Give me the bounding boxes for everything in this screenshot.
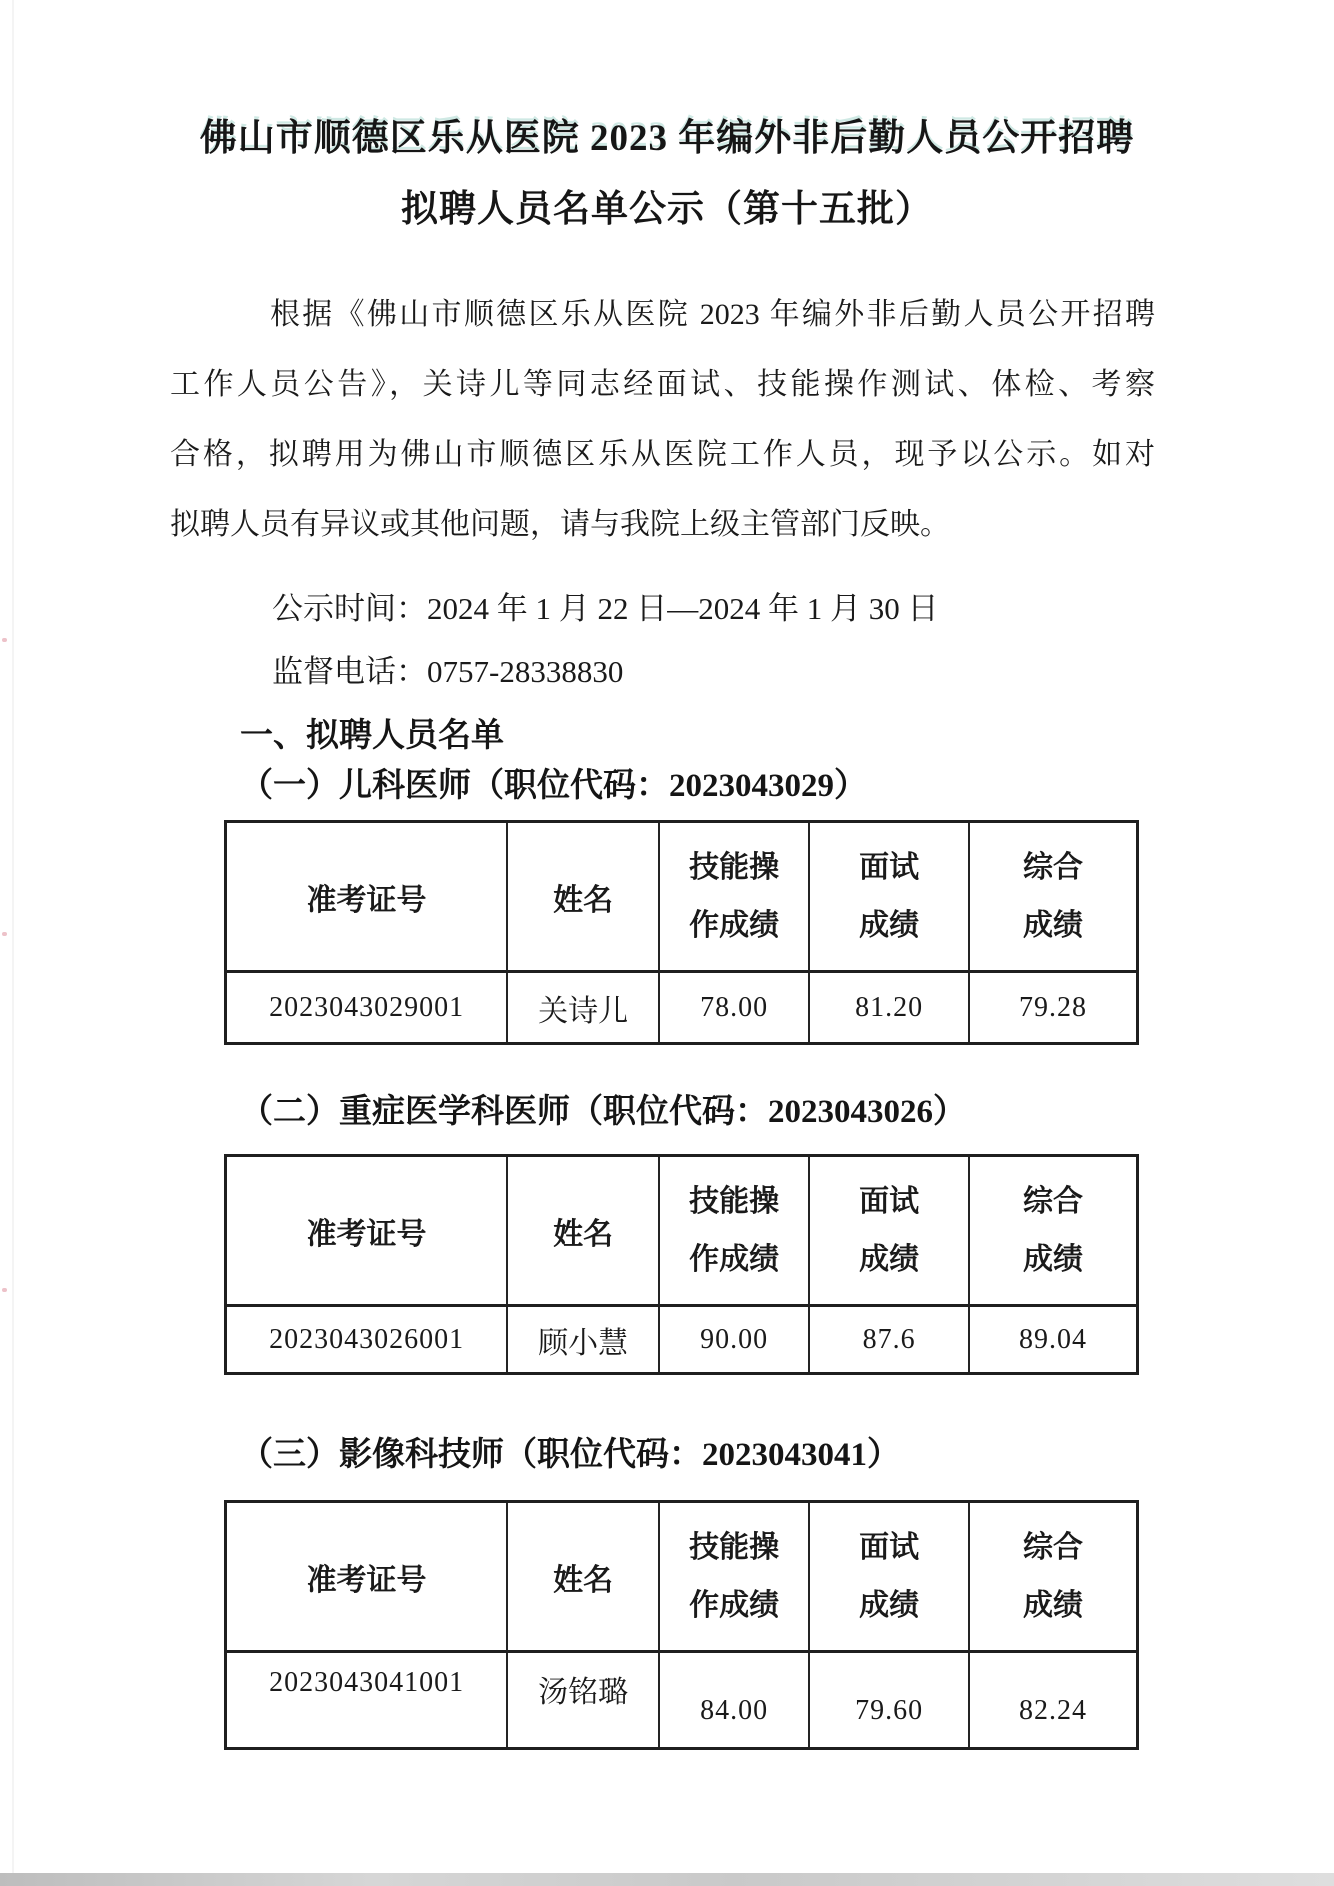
score-text: 84.00: [700, 1695, 768, 1727]
score-text: 79.60: [855, 1695, 923, 1727]
col-header-text: 作成绩: [689, 1590, 779, 1622]
col-header-overall-score: 综合成绩: [970, 1503, 1136, 1653]
exam-number-text: 2023043029001: [269, 992, 464, 1024]
col-header-text: 面试: [859, 852, 919, 884]
publicity-period-label: 公示时间：: [272, 591, 427, 626]
col-header-interview-score: 面试成绩: [810, 823, 970, 973]
col-header-text: 技能操: [689, 1186, 779, 1218]
col-header-skill-score: 技能操作成绩: [660, 823, 810, 973]
col-header-exam-number: 准考证号: [227, 823, 508, 973]
paragraph-line: 拟聘人员有异议或其他问题，请与我院上级主管部门反映。: [170, 490, 1155, 560]
col-header-name: 姓名: [508, 1157, 660, 1307]
col-header-text: 成绩: [1023, 910, 1083, 942]
cell-skill-score: 90.00: [660, 1307, 810, 1372]
paragraph-line: 根据《佛山市顺德区乐从医院 2023 年编外非后勤人员公开招聘: [170, 280, 1155, 350]
col-header-text: 成绩: [859, 1244, 919, 1276]
paragraph-line: 合格，拟聘用为佛山市顺德区乐从医院工作人员，现予以公示。如对: [170, 420, 1155, 490]
cell-overall-score: 79.28: [970, 973, 1136, 1042]
col-header-skill-score: 技能操作成绩: [660, 1503, 810, 1653]
col-header-name: 姓名: [508, 823, 660, 973]
score-table-1: 准考证号 姓名 技能操作成绩 面试成绩 综合成绩 2023043029001 关…: [224, 820, 1139, 1045]
publicity-period-value: 2024 年 1 月 22 日—2024 年 1 月 30 日: [427, 591, 939, 626]
section-heading-2: （二）重症医学科医师（职位代码：2023043026）: [240, 1088, 966, 1136]
paragraph-line: 工作人员公告》，关诗儿等同志经面试、技能操作测试、体检、考察: [170, 350, 1155, 420]
col-header-text: 成绩: [1023, 1244, 1083, 1276]
document-title-line1: 佛山市顺德区乐从医院 2023 年编外非后勤人员公开招聘: [0, 112, 1334, 166]
supervision-phone-line: 监督电话：0757-28338830: [272, 640, 623, 704]
score-text: 79.28: [1019, 992, 1087, 1024]
cell-exam-number: 2023043029001: [227, 973, 508, 1042]
col-header-skill-score: 技能操作成绩: [660, 1157, 810, 1307]
cell-overall-score: 82.24: [970, 1653, 1136, 1747]
col-header-name: 姓名: [508, 1503, 660, 1653]
col-header-text: 技能操: [689, 852, 779, 884]
exam-number-text: 2023043026001: [269, 1324, 464, 1356]
cell-interview-score: 81.20: [810, 973, 970, 1042]
cell-exam-number: 2023043041001: [227, 1653, 508, 1747]
cell-interview-score: 79.60: [810, 1653, 970, 1747]
score-text: 89.04: [1019, 1324, 1087, 1356]
document-title-line2: 拟聘人员名单公示（第十五批）: [0, 183, 1334, 237]
score-table-2: 准考证号 姓名 技能操作成绩 面试成绩 综合成绩 2023043026001 顾…: [224, 1154, 1139, 1375]
cell-name: 顾小慧: [508, 1307, 660, 1372]
col-header-text: 准考证号: [307, 1555, 427, 1599]
cell-interview-score: 87.6: [810, 1307, 970, 1372]
col-header-text: 综合: [1023, 1186, 1083, 1218]
score-table-3: 准考证号 姓名 技能操作成绩 面试成绩 综合成绩 2023043041001 汤…: [224, 1500, 1139, 1750]
publicity-period-line: 公示时间：2024 年 1 月 22 日—2024 年 1 月 30 日: [272, 577, 939, 641]
col-header-interview-score: 面试成绩: [810, 1503, 970, 1653]
scan-artifact-edge-line: [12, 0, 14, 1886]
score-text: 82.24: [1019, 1695, 1087, 1727]
scan-edge-shadow: [0, 1873, 1334, 1886]
col-header-text: 综合: [1023, 852, 1083, 884]
scan-artifact-dot: [2, 1288, 7, 1292]
col-header-overall-score: 综合成绩: [970, 1157, 1136, 1307]
cell-name: 汤铭璐: [508, 1653, 660, 1747]
exam-number-text: 2023043041001: [269, 1667, 464, 1699]
section-heading-3: （三）影像科技师（职位代码：2023043041）: [240, 1431, 900, 1479]
col-header-text: 综合: [1023, 1532, 1083, 1564]
col-header-text: 姓名: [553, 1555, 613, 1599]
score-text: 78.00: [700, 992, 768, 1024]
col-header-text: 成绩: [859, 1590, 919, 1622]
document-page: 佛山市顺德区乐从医院 2023 年编外非后勤人员公开招聘 拟聘人员名单公示（第十…: [0, 0, 1334, 1886]
col-header-interview-score: 面试成绩: [810, 1157, 970, 1307]
section-heading-1: （一）儿科医师（职位代码：2023043029）: [240, 762, 867, 810]
score-text: 87.6: [863, 1324, 916, 1356]
col-header-text: 姓名: [553, 1209, 613, 1253]
cell-name: 关诗儿: [508, 973, 660, 1042]
col-header-overall-score: 综合成绩: [970, 823, 1136, 973]
scan-artifact-dot: [2, 638, 7, 642]
supervision-phone-label: 监督电话：: [272, 654, 427, 689]
scan-artifact-dot: [2, 932, 7, 936]
col-header-text: 作成绩: [689, 910, 779, 942]
supervision-phone-value: 0757-28338830: [427, 654, 623, 689]
col-header-text: 技能操: [689, 1532, 779, 1564]
body-paragraph: 根据《佛山市顺德区乐从医院 2023 年编外非后勤人员公开招聘 工作人员公告》，…: [170, 280, 1155, 560]
cell-overall-score: 89.04: [970, 1307, 1136, 1372]
cell-skill-score: 78.00: [660, 973, 810, 1042]
col-header-text: 面试: [859, 1186, 919, 1218]
col-header-exam-number: 准考证号: [227, 1503, 508, 1653]
col-header-text: 准考证号: [307, 875, 427, 919]
col-header-text: 准考证号: [307, 1209, 427, 1253]
col-header-text: 作成绩: [689, 1244, 779, 1276]
col-header-text: 成绩: [859, 910, 919, 942]
list-heading: 一、拟聘人员名单: [240, 712, 504, 760]
col-header-text: 成绩: [1023, 1590, 1083, 1622]
cell-exam-number: 2023043026001: [227, 1307, 508, 1372]
score-text: 81.20: [855, 992, 923, 1024]
col-header-text: 姓名: [553, 875, 613, 919]
cell-skill-score: 84.00: [660, 1653, 810, 1747]
col-header-text: 面试: [859, 1532, 919, 1564]
col-header-exam-number: 准考证号: [227, 1157, 508, 1307]
score-text: 90.00: [700, 1324, 768, 1356]
